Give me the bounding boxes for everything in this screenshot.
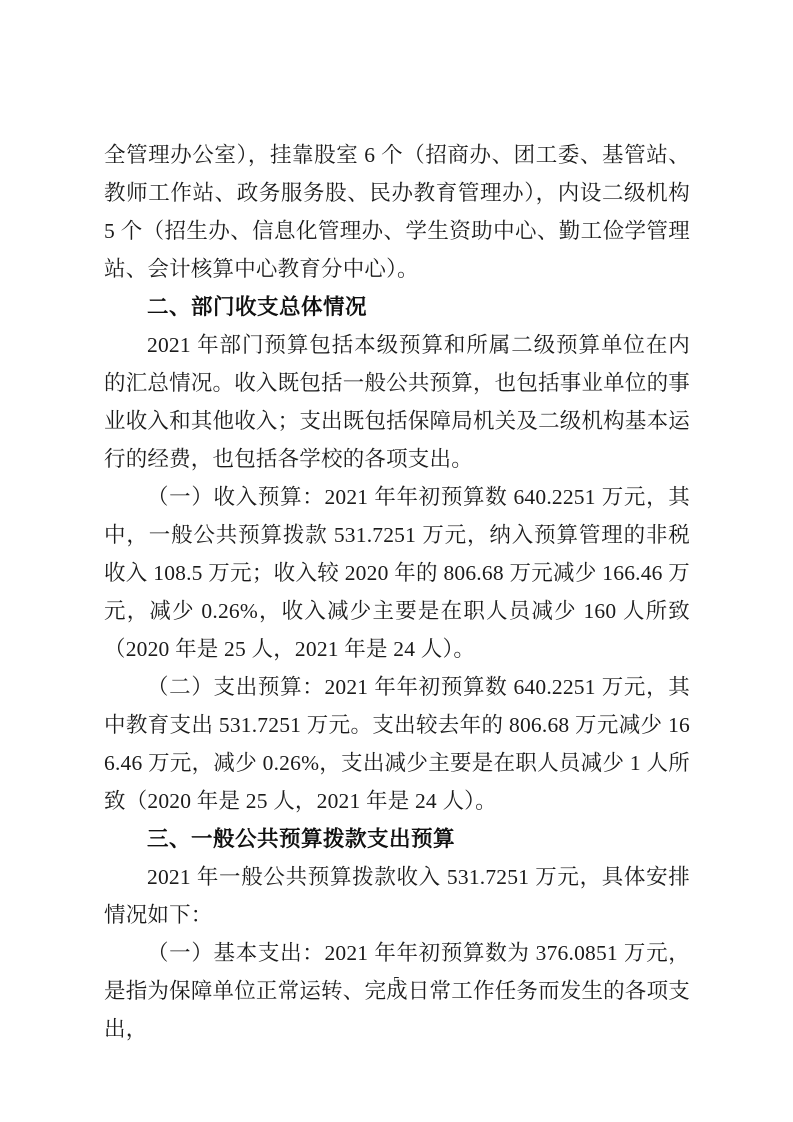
body-paragraph-appropriation: 2021 年一般公共预算拨款收入 531.7251 万元，具体安排情况如下： (104, 858, 690, 934)
section-heading-2: 二、部门收支总体情况 (104, 288, 690, 326)
body-paragraph-continuation: 全管理办公室），挂靠股室 6 个（招商办、团工委、基管站、教师工作站、政务服务股… (104, 136, 690, 288)
body-paragraph-expenditure-budget: （二）支出预算：2021 年年初预算数 640.2251 万元，其中教育支出 5… (104, 668, 690, 820)
page-number: 5 (0, 972, 793, 994)
body-paragraph-overview: 2021 年部门预算包括本级预算和所属二级预算单位在内的汇总情况。收入既包括一般… (104, 326, 690, 478)
document-content: 全管理办公室），挂靠股室 6 个（招商办、团工委、基管站、教师工作站、政务服务股… (104, 136, 690, 1048)
document-page: 全管理办公室），挂靠股室 6 个（招商办、团工委、基管站、教师工作站、政务服务股… (0, 0, 793, 1122)
body-paragraph-income-budget: （一）收入预算：2021 年年初预算数 640.2251 万元，其中，一般公共预… (104, 478, 690, 668)
section-heading-3: 三、一般公共预算拨款支出预算 (104, 820, 690, 858)
